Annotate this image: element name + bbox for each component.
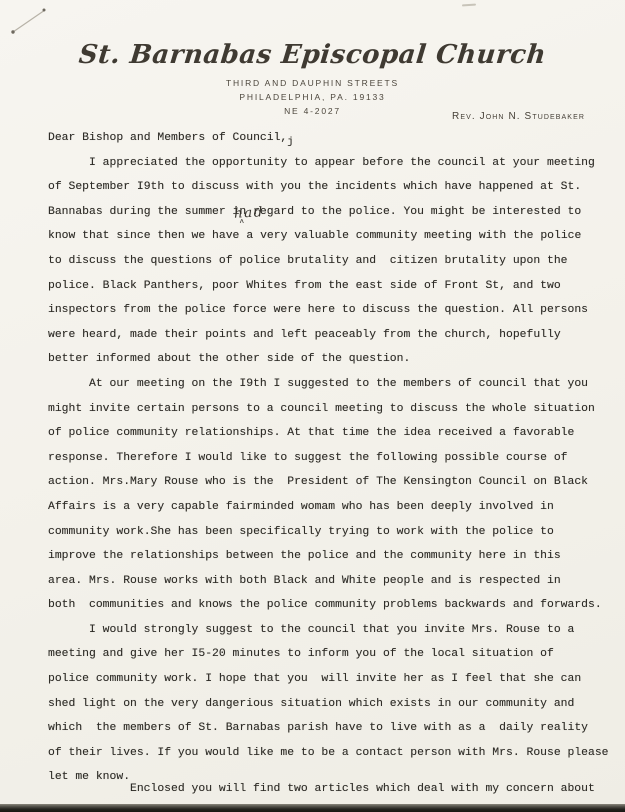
church-name: St. Barnabas Episcopal Church [0,40,625,70]
letter-line: both communities and knows the police co… [48,593,608,618]
stray-typed-mark: j [287,130,293,155]
letter-line: improve the relationships between the po… [48,544,608,569]
letter-line: of their lives. If you would like me to … [48,741,608,766]
pencil-mark [0,0,70,45]
letter-line: of police community relationships. At th… [48,421,608,446]
address-city: PHILADELPHIA, PA. 19133 [0,90,625,104]
letter-line: to discuss the questions of police bruta… [48,249,608,274]
letter-line: area. Mrs. Rouse works with both Black a… [48,569,608,594]
letter-line: better informed about the other side of … [48,347,608,372]
scan-bottom-edge [0,804,625,812]
salutation: Dear Bishop and Members of Council,j [48,126,608,151]
letter-line: Affairs is a very capable fairminded wom… [48,495,608,520]
letter-line: community work.She has been specifically… [48,520,608,545]
letter-line: police community work. I hope that you w… [48,667,608,692]
letter-line: I appreciated the opportunity to appear … [48,151,608,176]
letter-line: shed light on the very dangerious situat… [48,692,608,717]
scan-speck [462,4,476,7]
letter-line: response. Therefore I would like to sugg… [48,446,608,471]
handwritten-insertion: had [234,200,265,226]
letter-page: St. Barnabas Episcopal Church THIRD AND … [0,0,625,812]
letter-line: might invite certain persons to a counci… [48,397,608,422]
letter-line: were heard, made their points and left p… [48,323,608,348]
salutation-text: Dear Bishop and Members of Council, [48,132,287,144]
letter-line: inspectors from the police force were he… [48,298,608,323]
letter-line: meeting and give her I5-20 minutes to in… [48,642,608,667]
letter-line: Bannabas during the summer in regard to … [48,200,608,225]
rector-name: Rev. John N. Studebaker [452,111,585,122]
letter-line: of September I9th to discuss with you th… [48,175,608,200]
letter-line: know that since then we have^hada very v… [48,224,608,249]
letter-line: Enclosed you will find two articles whic… [48,777,608,802]
letter-line: I would strongly suggest to the council … [48,618,608,643]
letterhead: St. Barnabas Episcopal Church THIRD AND … [0,40,625,118]
letter-line: which the members of St. Barnabas parish… [48,716,608,741]
letter-body: Dear Bishop and Members of Council,j I a… [48,126,608,802]
letter-line: At our meeting on the I9th I suggested t… [48,372,608,397]
letter-line: action. Mrs.Mary Rouse who is the Presid… [48,470,608,495]
address-street: THIRD AND DAUPHIN STREETS [0,76,625,90]
letter-line: police. Black Panthers, poor Whites from… [48,274,608,299]
